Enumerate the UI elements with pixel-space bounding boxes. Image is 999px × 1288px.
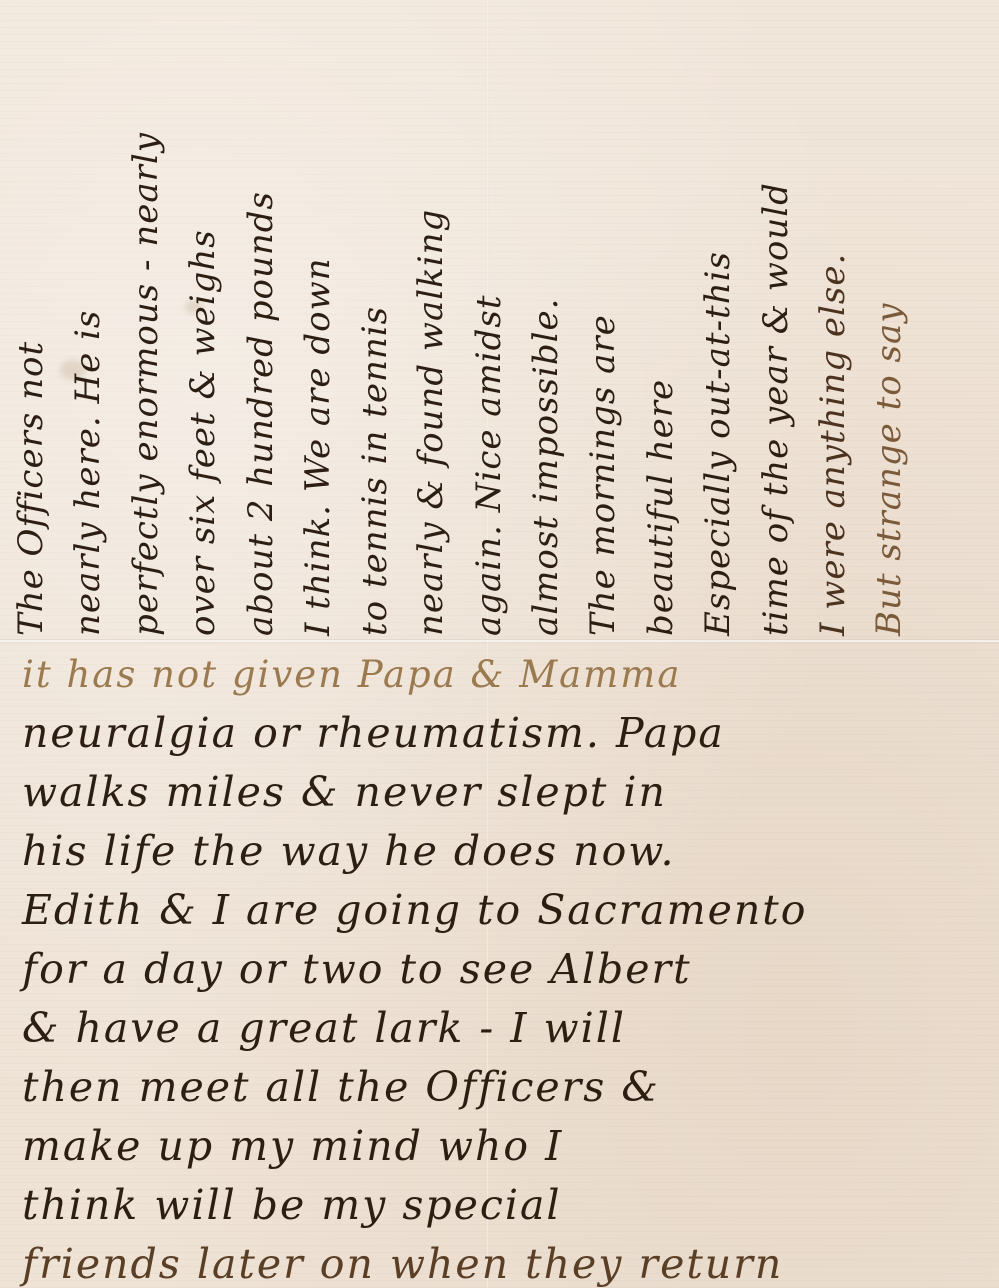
rotated-line: The Officers not [12,16,50,636]
horizontal-line: for a day or two to see Albert [22,940,992,999]
rotated-line: I were anything else. [814,16,852,636]
rotated-line: to tennis in tennis [356,16,394,636]
rotated-line: time of the year & would [757,16,795,636]
rotated-line: perfectly enormous - nearly [127,16,165,636]
horizontal-text-block: it has not given Papa & Mamma neuralgia … [22,645,992,1288]
horizontal-line: neuralgia or rheumatism. Papa [22,704,992,763]
rotated-line: nearly & found walking [412,16,450,636]
horizontal-line: Edith & I are going to Sacramento [22,881,992,940]
horizontal-line: it has not given Papa & Mamma [22,645,992,704]
horizontal-line: then meet all the Officers & [22,1058,992,1117]
horizontal-fold-crease [0,639,999,643]
horizontal-line: & have a great lark - I will [22,999,992,1058]
horizontal-line: think will be my special [22,1176,992,1235]
rotated-line: But strange to say [870,16,908,636]
rotated-line: about 2 hundred pounds [242,16,280,636]
rotated-line: Especially out-at-this [699,16,737,636]
horizontal-line: his life the way he does now. [22,822,992,881]
rotated-line: I think. We are down [299,16,337,636]
letter-page: The Officers not nearly here. He is perf… [0,0,999,1288]
horizontal-line: walks miles & never slept in [22,763,992,822]
rotated-text-block: The Officers not nearly here. He is perf… [0,0,999,636]
horizontal-line: make up my mind who I [22,1117,992,1176]
rotated-line: again. Nice amidst [470,16,508,636]
rotated-line: The mornings are [584,16,622,636]
rotated-line: beautiful here [642,16,680,636]
rotated-line: almost impossible. [527,16,565,636]
horizontal-line: friends later on when they return [22,1235,992,1288]
rotated-line: over six feet & weighs [184,16,222,636]
rotated-line: nearly here. He is [69,16,107,636]
